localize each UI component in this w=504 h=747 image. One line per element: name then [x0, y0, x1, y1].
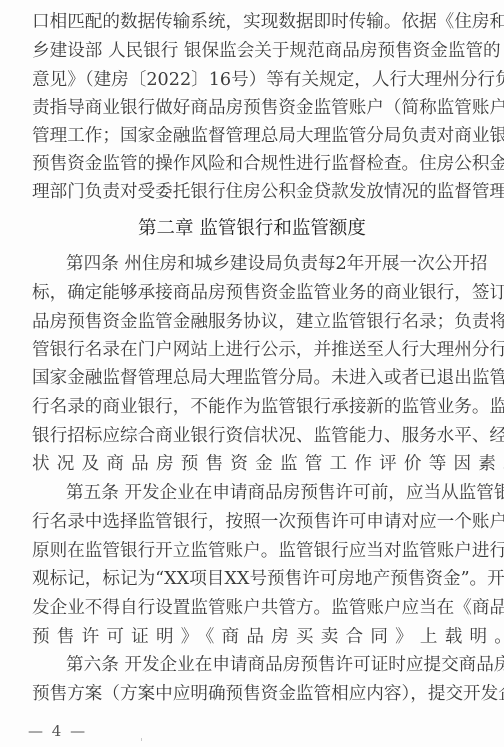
text-line: 理部门负责对受委托银行住房公积金贷款发放情况的监督管理。 [32, 180, 474, 204]
text-line: 银行招标应综合商业银行资信状况、监管能力、服务水平、经营 [32, 424, 474, 448]
text-line: 管银行名录在门户网站上进行公示，并推送至人行大理州分行、 [32, 338, 474, 362]
text-line: 品房预售资金监管金融服务协议，建立监管银行名录；负责将监 [32, 310, 474, 334]
text-line: 国家金融监督管理总局大理监管分局。未进入或者已退出监管银 [32, 366, 474, 390]
text-line: 责指导商业银行做好商品房预售资金监管账户（简称监管账户） [32, 96, 474, 120]
chapter-heading: 第二章 监管银行和监管额度 [0, 216, 504, 242]
article-first-line: 第六条 开发企业在申请商品房预售许可证时应提交商品房 [66, 653, 474, 677]
text-line: 原则在监管银行开立监管账户。监管银行应当对监管账户进行外 [32, 539, 474, 563]
text-line: 预售资金监管的操作风险和合规性进行监督检查。住房公积金管 [32, 152, 474, 176]
document-page: 口相匹配的数据传输系统，实现数据即时传输。依据《住房和城 乡建设部 人民银行 银… [0, 0, 504, 747]
text-line: 预售方案（方案中应明确预售资金监管相应内容），提交开发企 [32, 682, 474, 706]
text-line: 口相匹配的数据传输系统，实现数据即时传输。依据《住房和城 [32, 10, 474, 34]
scan-artifact [141, 738, 142, 741]
text-line: 发企业不得自行设置监管账户共管方。监管账户应当在《商品房 [32, 596, 474, 620]
text-line: 乡建设部 人民银行 银保监会关于规范商品房预售资金监管的 [32, 39, 474, 63]
text-line: 行名录的商业银行，不能作为监管银行承接新的监管业务。监管 [32, 395, 474, 419]
text-line: 行名录中选择监管银行，按照一次预售许可申请对应一个账户的 [32, 510, 474, 534]
text-line: 管理工作；国家金融监督管理总局大理监管分局负责对商业银行 [32, 124, 474, 148]
text-line: 观标记，标记为“XX项目XX号预售许可房地产预售资金”。开 [32, 567, 474, 591]
article-first-line: 第四条 州住房和城乡建设局负责每2年开展一次公开招 [66, 252, 474, 276]
text-line: 状况及商品房预售资金监管工作评价等因素。 [32, 452, 474, 476]
text-line: 标，确定能够承接商品房预售资金监管业务的商业银行，签订商 [32, 281, 474, 305]
page-number: — 4 — [28, 720, 87, 742]
text-line: 预售许可证明》《商品房买卖合同》上载明。 [32, 625, 474, 649]
text-line: 意见》（建房〔2022〕16号）等有关规定，人行大理州分行负 [32, 68, 474, 92]
article-first-line: 第五条 开发企业在申请商品房预售许可前，应当从监管银 [66, 481, 474, 505]
